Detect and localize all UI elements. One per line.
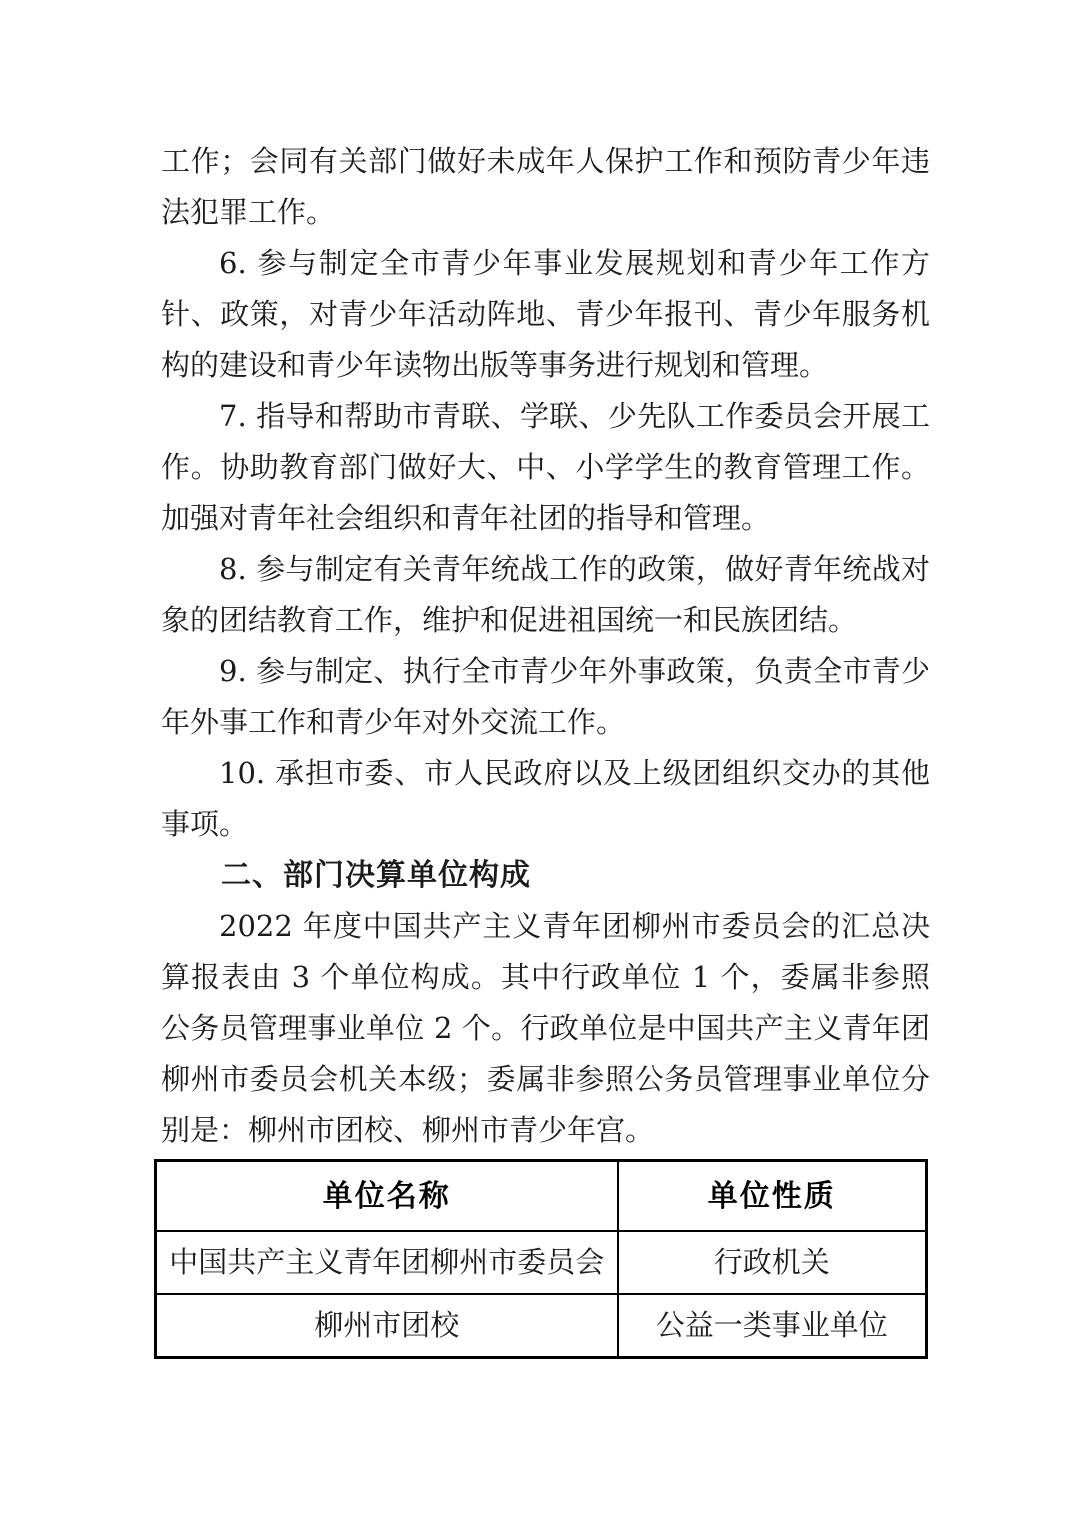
table-header-row: 单位名称 单位性质 [156,1161,927,1232]
document-body: 工作；会同有关部门做好未成年人保护工作和预防青少年违法犯罪工作。 6. 参与制定… [161,136,930,1359]
duty-item-7: 7. 指导和帮助市青联、学联、少先队工作委员会开展工作。协助教育部门做好大、中、… [161,391,930,544]
duty-item-10: 10. 承担市委、市人民政府以及上级团组织交办的其他事项。 [161,748,930,850]
duty-item-9: 9. 参与制定、执行全市青少年外事政策，负责全市青少年外事工作和青少年对外交流工… [161,646,930,748]
document-page: 工作；会同有关部门做好未成年人保护工作和预防青少年违法犯罪工作。 6. 参与制定… [0,0,1075,1520]
unit-composition-table: 单位名称 单位性质 中国共产主义青年团柳州市委员会 行政机关 柳州市团校 公益一… [154,1159,928,1359]
table-cell-unit-nature: 行政机关 [618,1231,927,1294]
table-row: 中国共产主义青年团柳州市委员会 行政机关 [156,1231,927,1294]
table-cell-unit-name: 中国共产主义青年团柳州市委员会 [156,1231,618,1294]
paragraph-continuation: 工作；会同有关部门做好未成年人保护工作和预防青少年违法犯罪工作。 [161,136,930,238]
table-cell-unit-nature: 公益一类事业单位 [618,1294,927,1358]
duty-item-6: 6. 参与制定全市青少年事业发展规划和青少年工作方针、政策，对青少年活动阵地、青… [161,238,930,391]
table-header-unit-name: 单位名称 [156,1161,618,1232]
section-heading: 二、部门决算单位构成 [161,850,930,901]
table-row: 柳州市团校 公益一类事业单位 [156,1294,927,1358]
section-paragraph: 2022 年度中国共产主义青年团柳州市委员会的汇总决算报表由 3 个单位构成。其… [161,901,930,1156]
table-cell-unit-name: 柳州市团校 [156,1294,618,1358]
table-header-unit-nature: 单位性质 [618,1161,927,1232]
duty-item-8: 8. 参与制定有关青年统战工作的政策，做好青年统战对象的团结教育工作，维护和促进… [161,544,930,646]
